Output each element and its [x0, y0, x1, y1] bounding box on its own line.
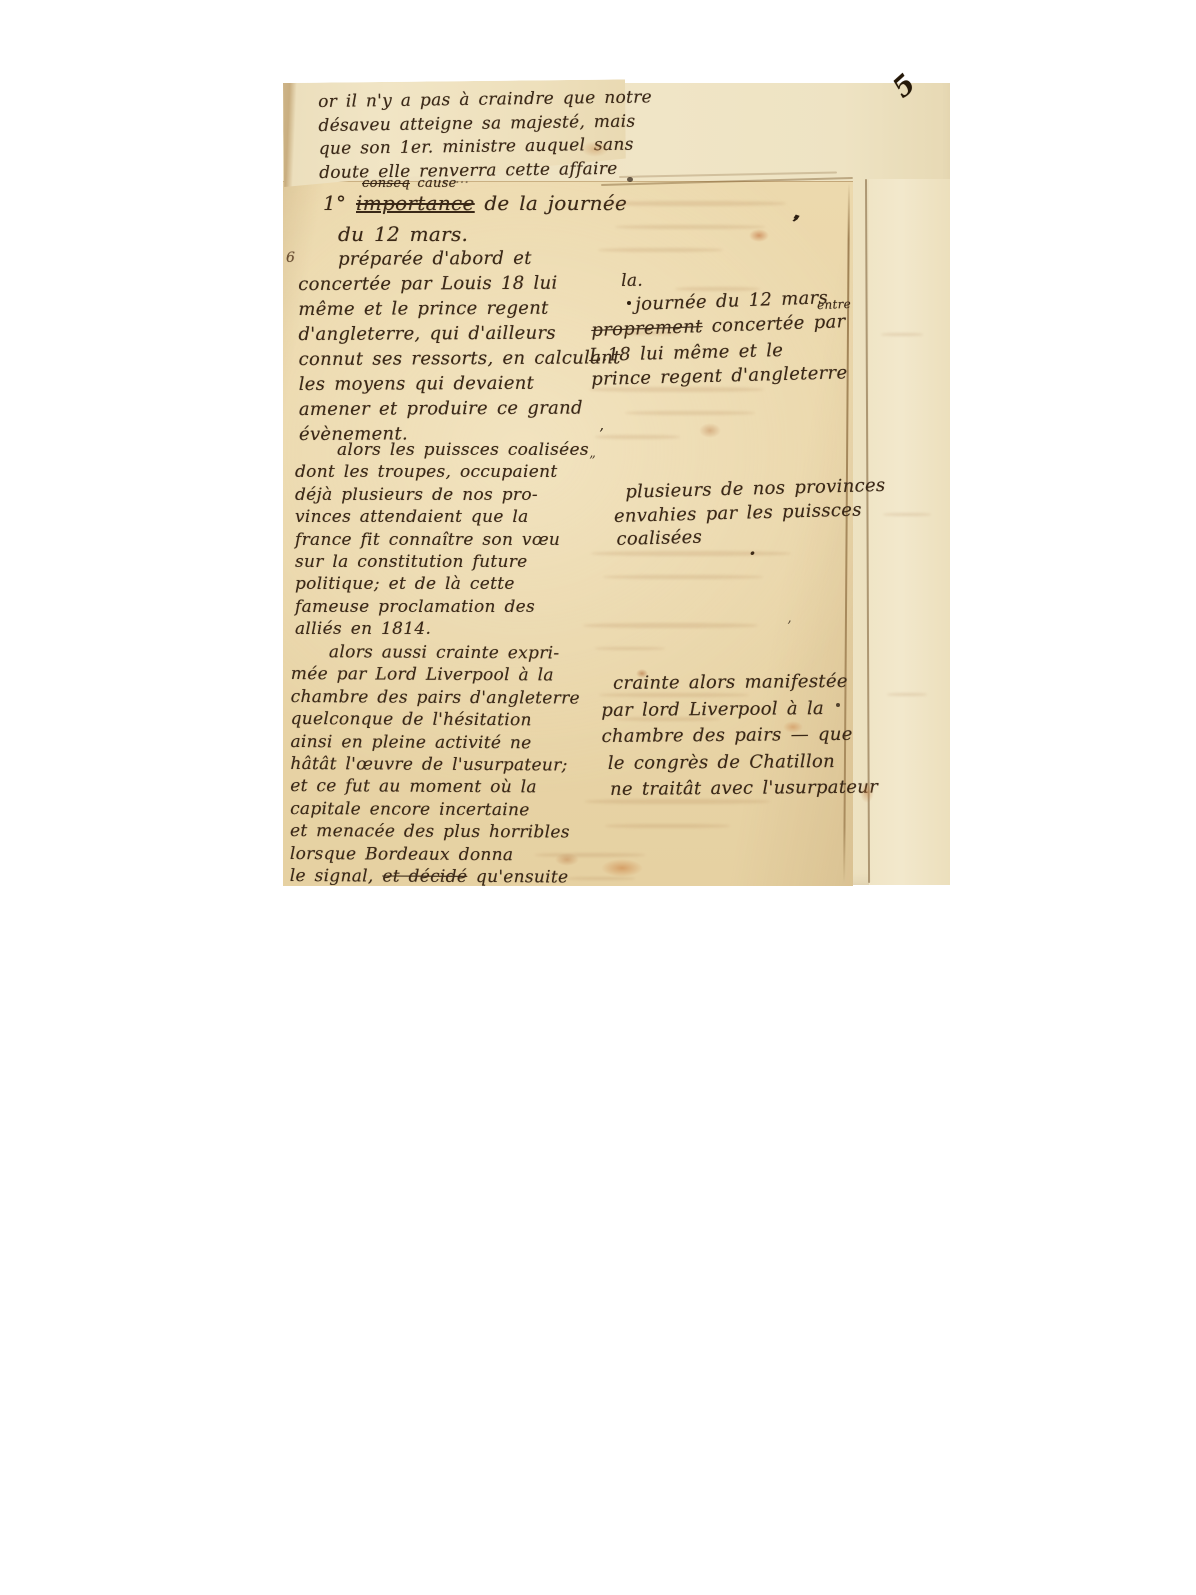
margin-note: plusieurs de nos provinces envahies par … [613, 474, 887, 552]
inserted-word: entre [817, 297, 851, 312]
ink-stain [636, 669, 648, 678]
handwriting-line: et menacée des plus horribles [290, 820, 579, 844]
handwriting-line: déjà plusieurs de nos pro- [295, 484, 589, 506]
ink-stain [581, 141, 609, 157]
ink-mark: ” [589, 454, 596, 469]
bleedthrough-mark [675, 287, 760, 291]
bleedthrough-mark [535, 853, 645, 857]
ink-dot [627, 301, 631, 305]
bleedthrough-mark [881, 333, 923, 336]
handwriting-line: d'angleterre, qui d'ailleurs [298, 320, 620, 347]
bleedthrough-mark [605, 824, 730, 828]
ink-dot [836, 703, 840, 707]
bleedthrough-mark [565, 877, 635, 880]
handwriting-line: fameuse proclamation des [295, 596, 589, 618]
handwriting-line: même et le prince regent [298, 295, 620, 322]
handwriting-line: hâtât l'œuvre de l'usurpateur; [290, 753, 579, 777]
handwriting-line: capitale encore incertaine [290, 798, 579, 822]
ink-stain [860, 781, 874, 803]
handwriting-line: sur la constitution future [295, 551, 589, 573]
handwriting-line: amener et produire ce grand [299, 395, 621, 422]
note-line: le congrès de Chatillon [602, 748, 878, 777]
handwriting-line: politique; et de là cette [295, 573, 589, 595]
ink-stain [699, 423, 721, 438]
bleedthrough-mark [625, 411, 755, 415]
handwriting-line: concertée par Louis 18 lui [298, 270, 620, 297]
fragment-text: or il n'y a pas à craindre que notre dés… [318, 86, 653, 185]
bleedthrough-mark [583, 623, 758, 628]
struck-word: importance [356, 191, 475, 215]
handwriting-line: quelconque de l'hésitation [291, 708, 580, 732]
handwriting-line: et ce fut au moment où la [290, 775, 579, 799]
bleedthrough-mark [615, 717, 720, 721]
bleedthrough-mark [599, 693, 749, 697]
ink-dot [627, 177, 633, 182]
ink-stain [783, 721, 803, 733]
bleedthrough-mark [601, 201, 786, 206]
handwriting-line: alliés en 1814. [295, 618, 589, 640]
handwriting-line: chambre des pairs d'angleterre [291, 686, 580, 710]
bleedthrough-mark [619, 331, 679, 335]
handwriting-line: ainsi en pleine activité ne [290, 731, 579, 755]
margin-number: 6 [286, 250, 295, 266]
heading-number: 1° [323, 191, 346, 215]
note-line: la. [621, 271, 643, 291]
heading-line: 1° conseq cause importance de la journée [323, 191, 627, 215]
manuscript-scan: or il n'y a pas à craindre que notre dés… [283, 83, 950, 885]
handwriting-line: vinces attendaient que la [295, 506, 589, 528]
margin-note: crainte alors manifestée par lord Liverp… [601, 669, 878, 804]
bleedthrough-mark [589, 387, 764, 392]
paragraph: alors aussi crainte expri- mée par Lord … [290, 641, 580, 889]
handwriting-line: mée par Lord Liverpool à la [291, 663, 580, 687]
paragraph: alors les puissces coalisées dont les tr… [295, 439, 589, 641]
paragraph: préparée d'abord et concertée par Louis … [298, 245, 621, 447]
handwriting-line: dont les troupes, occupaient [295, 461, 589, 483]
handwriting-line: le signal, et décidé qu'ensuite [290, 865, 579, 889]
struck-word: proprement [591, 316, 703, 341]
heading-insertion: conseq cause [362, 176, 457, 191]
bleedthrough-mark [595, 435, 680, 439]
handwriting-line: alors aussi crainte expri- [291, 641, 580, 665]
bleedthrough-mark [591, 551, 791, 556]
ink-stain [749, 229, 769, 242]
ink-stain [601, 859, 643, 877]
scan-canvas: or il n'y a pas à craindre que notre dés… [0, 0, 1196, 1595]
handwriting-line: connut ses ressorts, en calculant [299, 345, 621, 372]
ink-mark: ’ [599, 425, 604, 443]
bleedthrough-mark [883, 513, 931, 516]
handwriting-line: préparée d'abord et [298, 245, 620, 272]
bleedthrough-mark [603, 575, 763, 579]
handwriting-line: les moyens qui devaient [299, 370, 621, 397]
bleedthrough-mark [615, 225, 765, 229]
heading-line2: du 12 mars. [338, 222, 468, 246]
bleedthrough-mark [598, 248, 723, 252]
bleedthrough-mark [595, 647, 665, 650]
bleedthrough-mark [887, 693, 927, 696]
ink-mark: ’ [787, 619, 791, 635]
struck-word: et décidé [382, 867, 467, 887]
handwriting-line: france fit connaître son vœu [295, 529, 589, 551]
handwriting-line: alors les puissces coalisées [295, 439, 589, 461]
folio-number: 5 [887, 68, 922, 104]
note-line: chambre des pairs — que [601, 722, 877, 751]
bleedthrough-mark [585, 799, 770, 804]
